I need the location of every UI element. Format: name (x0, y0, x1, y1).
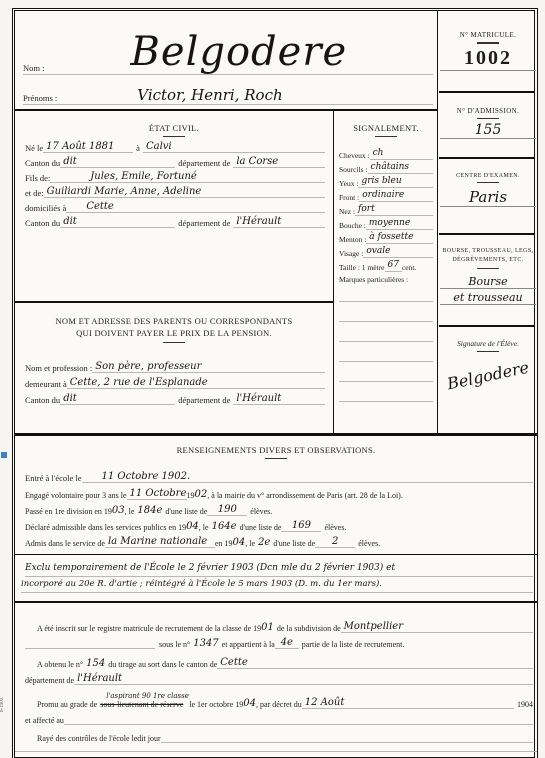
matricule-divider (439, 91, 535, 93)
bouche-value: moyenne (366, 218, 433, 230)
prenoms-label: Prénoms : (23, 93, 57, 104)
decret-value: 12 Août (302, 697, 514, 709)
subdivision-label: de la subdivision de (274, 624, 341, 633)
engage-row: Engagé volontaire pour 3 ans le 11 Octob… (25, 486, 533, 500)
front-label: Front : (339, 193, 359, 202)
taille-label: Taille : 1 mètre (339, 263, 385, 272)
parents-canton-row: Canton du dit département de l'Hérault (25, 391, 325, 405)
parents-title: NOM ET ADRESSE DES PARENTS OU CORRESPOND… (15, 315, 333, 343)
sous-le-value: 1347 (190, 638, 221, 649)
entre-value: 11 Octobre 1902. (82, 471, 533, 483)
marques-label: Marques particulières : (339, 275, 408, 284)
obtenu-value: 154 (83, 658, 108, 669)
et-de-row: et de: Guiliardi Marie, Anne, Adeline (25, 184, 325, 198)
passe-year: 03 (112, 505, 125, 516)
sourcils-value: châtains (368, 162, 433, 174)
profession-label: Nom et profession : (25, 363, 92, 373)
obtenu-label: A obtenu le n° (37, 660, 83, 669)
marques-line (339, 341, 433, 342)
engage-date: 11 Octobre (127, 488, 187, 500)
parents-departement-value: l'Hérault (233, 393, 325, 405)
engage-year-prefix: 19 (187, 491, 195, 500)
yeux-value: gris bleu (358, 176, 433, 188)
parents-top-divider (15, 301, 333, 303)
nom-label: Nom : (23, 63, 45, 74)
matricule-value: 1002 (440, 47, 536, 71)
taille-value: 67 (385, 260, 402, 272)
centre-examen-value: Paris (440, 188, 536, 207)
canton1-value: dit (60, 156, 175, 168)
partie-value: 4e (275, 637, 299, 649)
admis-liste: d'une liste de (273, 539, 315, 548)
affecte-label: et affecté au (25, 716, 64, 725)
bourse-divider (439, 325, 535, 327)
observation-line-2: incorporé au 20e R. d'artie ; réintégré … (21, 577, 533, 593)
a-label: à (133, 143, 143, 153)
et-de-label: et de: (25, 188, 44, 198)
admission-value: 155 (440, 122, 536, 139)
declare-year: 04 (186, 521, 199, 532)
visage-value: ovale (363, 246, 433, 258)
admission-divider (439, 157, 535, 159)
decret-label: , par décret du (256, 700, 302, 709)
fils-de-row: Fils de: Jules, Emile, Fortuné (25, 169, 325, 183)
obtenu-row: A obtenu le n° 154 du tirage au sort dan… (37, 655, 533, 669)
sous-le-label: sous le n° (155, 640, 190, 649)
renseignements-title-text: RENSEIGNEMENTS DIVERS ET OBSERVATIONS. (177, 445, 376, 455)
admis-total: 2 (315, 536, 355, 548)
parents-canton-value: dit (60, 393, 175, 405)
divider-dash (477, 351, 499, 352)
admission-label: N° D'ADMISSION. (440, 107, 536, 115)
signature-label: Signature de l'Élève. (440, 339, 536, 348)
nom-value: Belgodere (45, 30, 348, 74)
etat-civil-title-text: ÉTAT CIVIL. (149, 123, 199, 133)
subdivision-value: Montpellier (341, 621, 533, 633)
entre-label: Entré à l'école le (25, 473, 82, 483)
centre-examen-label: CENTRE D'EXAMEN. (440, 173, 536, 179)
ne-le-label: Né le (25, 143, 43, 153)
passe-row: Passé en 1re division en 19 03 , le 184e… (25, 502, 533, 516)
parents-canton-label: Canton du (25, 395, 60, 405)
signalement-row: Bouche : moyenne (339, 217, 433, 230)
domicilies-label: domiciliés à (25, 203, 66, 213)
marques-line (339, 361, 433, 362)
parents-title-line2: QUI DOIVENT PAYER LE PRIX DE LA PENSION. (15, 327, 333, 339)
parents-title-line1: NOM ET ADRESSE DES PARENTS OU CORRESPOND… (15, 315, 333, 327)
promu-year: 04 (243, 698, 256, 709)
engage-suffix: , à la mairie du v° arrondissement de Pa… (207, 491, 403, 500)
signalement-row: Cheveux : ch (339, 147, 433, 160)
entre-row: Entré à l'école le 11 Octobre 1902. (25, 469, 533, 483)
taille-unit: cent. (402, 263, 416, 272)
taille-row: Taille : 1 mètre 67 cent. (339, 259, 433, 272)
departement2-value: l'Hérault (233, 216, 325, 228)
promu-label: Promu au grade de (37, 700, 97, 709)
admis-label: Admis dans le service de (25, 539, 105, 548)
engage-label: Engagé volontaire pour 3 ans le (25, 491, 127, 500)
sourcils-label: Sourcils : (339, 165, 368, 174)
recrutement-departement-value: l'Hérault (74, 673, 533, 685)
demeurant-row: demeurant à Cette, 2 rue de l'Esplanade (25, 375, 325, 389)
divider-dash (375, 136, 397, 137)
signature-block: Signature de l'Élève. Belgodere (440, 339, 536, 385)
observation-line-1: Exclu temporairement de l'École le 2 fév… (25, 561, 533, 577)
bottom-line (15, 751, 537, 752)
signalement-row: Sourcils : châtains (339, 161, 433, 174)
declare-liste: d'une liste de (240, 523, 282, 532)
centre-divider (439, 233, 535, 235)
bourse-label: BOURSE, TROUSSEAU, LEGS, DÉGRÈVEMENTS, E… (440, 247, 536, 265)
divider-dash (477, 268, 499, 269)
cheveux-label: Cheveux : (339, 151, 370, 160)
canton1-row: Canton du dit département de la Corse (25, 154, 325, 168)
parents-departement-label: département de (175, 395, 233, 405)
signalement-row: Nez : fort (339, 203, 433, 216)
front-value: ordinaire (359, 190, 433, 202)
cheveux-value: ch (370, 148, 433, 160)
declare-total: 169 (281, 520, 321, 532)
signalement-title: SIGNALEMENT. (335, 123, 437, 137)
raye-line (161, 742, 533, 743)
yeux-label: Yeux : (339, 179, 358, 188)
passe-label: Passé en 1re division en 19 (25, 507, 112, 516)
marques-line (339, 381, 433, 382)
admis-row: Admis dans le service de la Marine natio… (25, 534, 533, 548)
menton-value: à fossette (366, 232, 433, 244)
engage-year: 02 (195, 489, 208, 500)
marques-line (339, 321, 433, 322)
domicilies-value: Cette (66, 201, 325, 213)
passe-eleves: élèves. (247, 507, 272, 516)
nom-row: Nom : Belgodere (23, 27, 433, 75)
menton-label: Menton : (339, 235, 366, 244)
matricule-block: N° MATRICULE. 1002 (440, 31, 536, 71)
signalement-row: Yeux : gris bleu (339, 175, 433, 188)
renseignements-title: RENSEIGNEMENTS DIVERS ET OBSERVATIONS. (15, 445, 537, 459)
divider-dash (163, 136, 185, 137)
admis-en: en 19 (215, 539, 233, 548)
signalement-title-text: SIGNALEMENT. (353, 123, 419, 133)
divider-dash (477, 182, 499, 183)
lieu-naissance-value: Calvi (143, 141, 325, 153)
divider-dash (477, 42, 499, 44)
etat-civil-divider (333, 109, 334, 301)
recrutement-departement-label: département de (25, 676, 74, 685)
affecte-line (64, 724, 533, 725)
nez-label: Nez : (339, 207, 355, 216)
profession-value: Son père, professeur (92, 361, 325, 373)
etat-civil-title: ÉTAT CIVIL. (15, 123, 333, 137)
demeurant-value: Cette, 2 rue de l'Esplanade (67, 377, 325, 389)
recrutement-top-divider (15, 601, 537, 603)
promu-row: Promu au grade de l'aspirant 90 1re clas… (37, 693, 533, 709)
prenoms-row: Prénoms : Victor, Henri, Roch (23, 81, 433, 105)
passe-liste: d'une liste de (165, 507, 207, 516)
prenoms-value: Victor, Henri, Roch (57, 86, 282, 104)
canton2-label: Canton du (25, 218, 60, 228)
divider-dash (477, 118, 499, 119)
tirage-label: du tirage au sort dans le canton de (108, 660, 217, 669)
declare-rank: 164e (209, 521, 240, 532)
affecte-row: et affecté au (25, 711, 533, 725)
ne-le-value: 17 Août 1881 (43, 141, 133, 153)
renseignements-top-divider (15, 433, 537, 436)
blank-line (25, 648, 155, 649)
registration-record-form: Nom : Belgodere Prénoms : Victor, Henri,… (12, 8, 538, 758)
promu-correction: l'aspirant 90 1re classe (103, 691, 192, 702)
signalement-row: Front : ordinaire (339, 189, 433, 202)
admis-service: la Marine nationale (105, 536, 215, 548)
signalement-row: Menton : à fossette (339, 231, 433, 244)
inscrit-year: 01 (261, 622, 274, 633)
appartient-label: et appartient à la (222, 640, 275, 649)
departement2-label: département de (175, 218, 233, 228)
inscrit-label: A été inscrit sur le registre matricule … (37, 624, 261, 633)
declare-le: , le (199, 523, 209, 532)
declare-row: Déclaré admissible dans les services pub… (25, 518, 533, 532)
marques-line (339, 301, 433, 302)
passe-le: , le (125, 507, 135, 516)
margin-print-code: 6-1900. (0, 697, 5, 712)
signalement-divider (333, 301, 334, 436)
admis-le: , le (245, 539, 255, 548)
marques-line (339, 401, 433, 402)
tirage-canton: Cette (217, 657, 533, 669)
bourse-value-2: et trousseau (440, 291, 536, 305)
ne-le-row: Né le 17 Août 1881 à Calvi (25, 139, 325, 153)
margin-blue-marker (1, 452, 7, 458)
header-divider (15, 109, 437, 111)
decret-year: 1904 (514, 700, 533, 709)
admis-year: 04 (233, 537, 246, 548)
departement1-label: département de (175, 158, 233, 168)
matricule-label: N° MATRICULE. (440, 31, 536, 39)
et-de-value: Guiliardi Marie, Anne, Adeline (44, 186, 325, 198)
profession-row: Nom et profession : Son père, professeur (25, 359, 325, 373)
canton1-label: Canton du (25, 158, 60, 168)
visage-label: Visage : (339, 249, 363, 258)
sous-le-row: sous le n° 1347 et appartient à la 4e pa… (25, 635, 533, 649)
admis-rank: 2e (255, 537, 273, 548)
declare-label: Déclaré admissible dans les services pub… (25, 523, 186, 532)
promu-grade: l'aspirant 90 1re classe sous-lieutenant… (97, 700, 186, 709)
right-column-divider (437, 11, 438, 436)
passe-total: 190 (207, 504, 247, 516)
signalement-row: Visage : ovale (339, 245, 433, 258)
promu-date: le 1er octobre 19 (186, 700, 243, 709)
fils-de-value: Jules, Emile, Fortuné (50, 171, 325, 183)
inscrit-row: A été inscrit sur le registre matricule … (37, 619, 533, 633)
admission-block: N° D'ADMISSION. 155 (440, 107, 536, 139)
centre-examen-block: CENTRE D'EXAMEN. Paris (440, 173, 536, 207)
departement1-value: la Corse (233, 156, 325, 168)
bourse-value-1: Bourse (440, 275, 536, 289)
admis-eleves: élèves. (355, 539, 380, 548)
domicilies-row: domiciliés à Cette (25, 199, 325, 213)
canton2-row: Canton du dit département de l'Hérault (25, 214, 325, 228)
passe-rank: 184e (134, 505, 165, 516)
bourse-block: BOURSE, TROUSSEAU, LEGS, DÉGRÈVEMENTS, E… (440, 247, 536, 305)
declare-eleves: élèves. (321, 523, 346, 532)
divider-dash (265, 458, 287, 459)
observations-top-line (15, 554, 537, 555)
recrutement-departement-row: département de l'Hérault (25, 671, 533, 685)
demeurant-label: demeurant à (25, 379, 67, 389)
nez-value: fort (355, 204, 433, 216)
divider-dash (163, 342, 185, 343)
partie-suffix: partie de la liste de recrutement. (299, 640, 405, 649)
student-signature: Belgodere (439, 356, 537, 395)
canton2-value: dit (60, 216, 175, 228)
raye-row: Rayé des contrôles de l'école ledit jour (37, 729, 533, 743)
raye-label: Rayé des contrôles de l'école ledit jour (37, 734, 161, 743)
bouche-label: Bouche : (339, 221, 366, 230)
fils-de-label: Fils de: (25, 173, 50, 183)
